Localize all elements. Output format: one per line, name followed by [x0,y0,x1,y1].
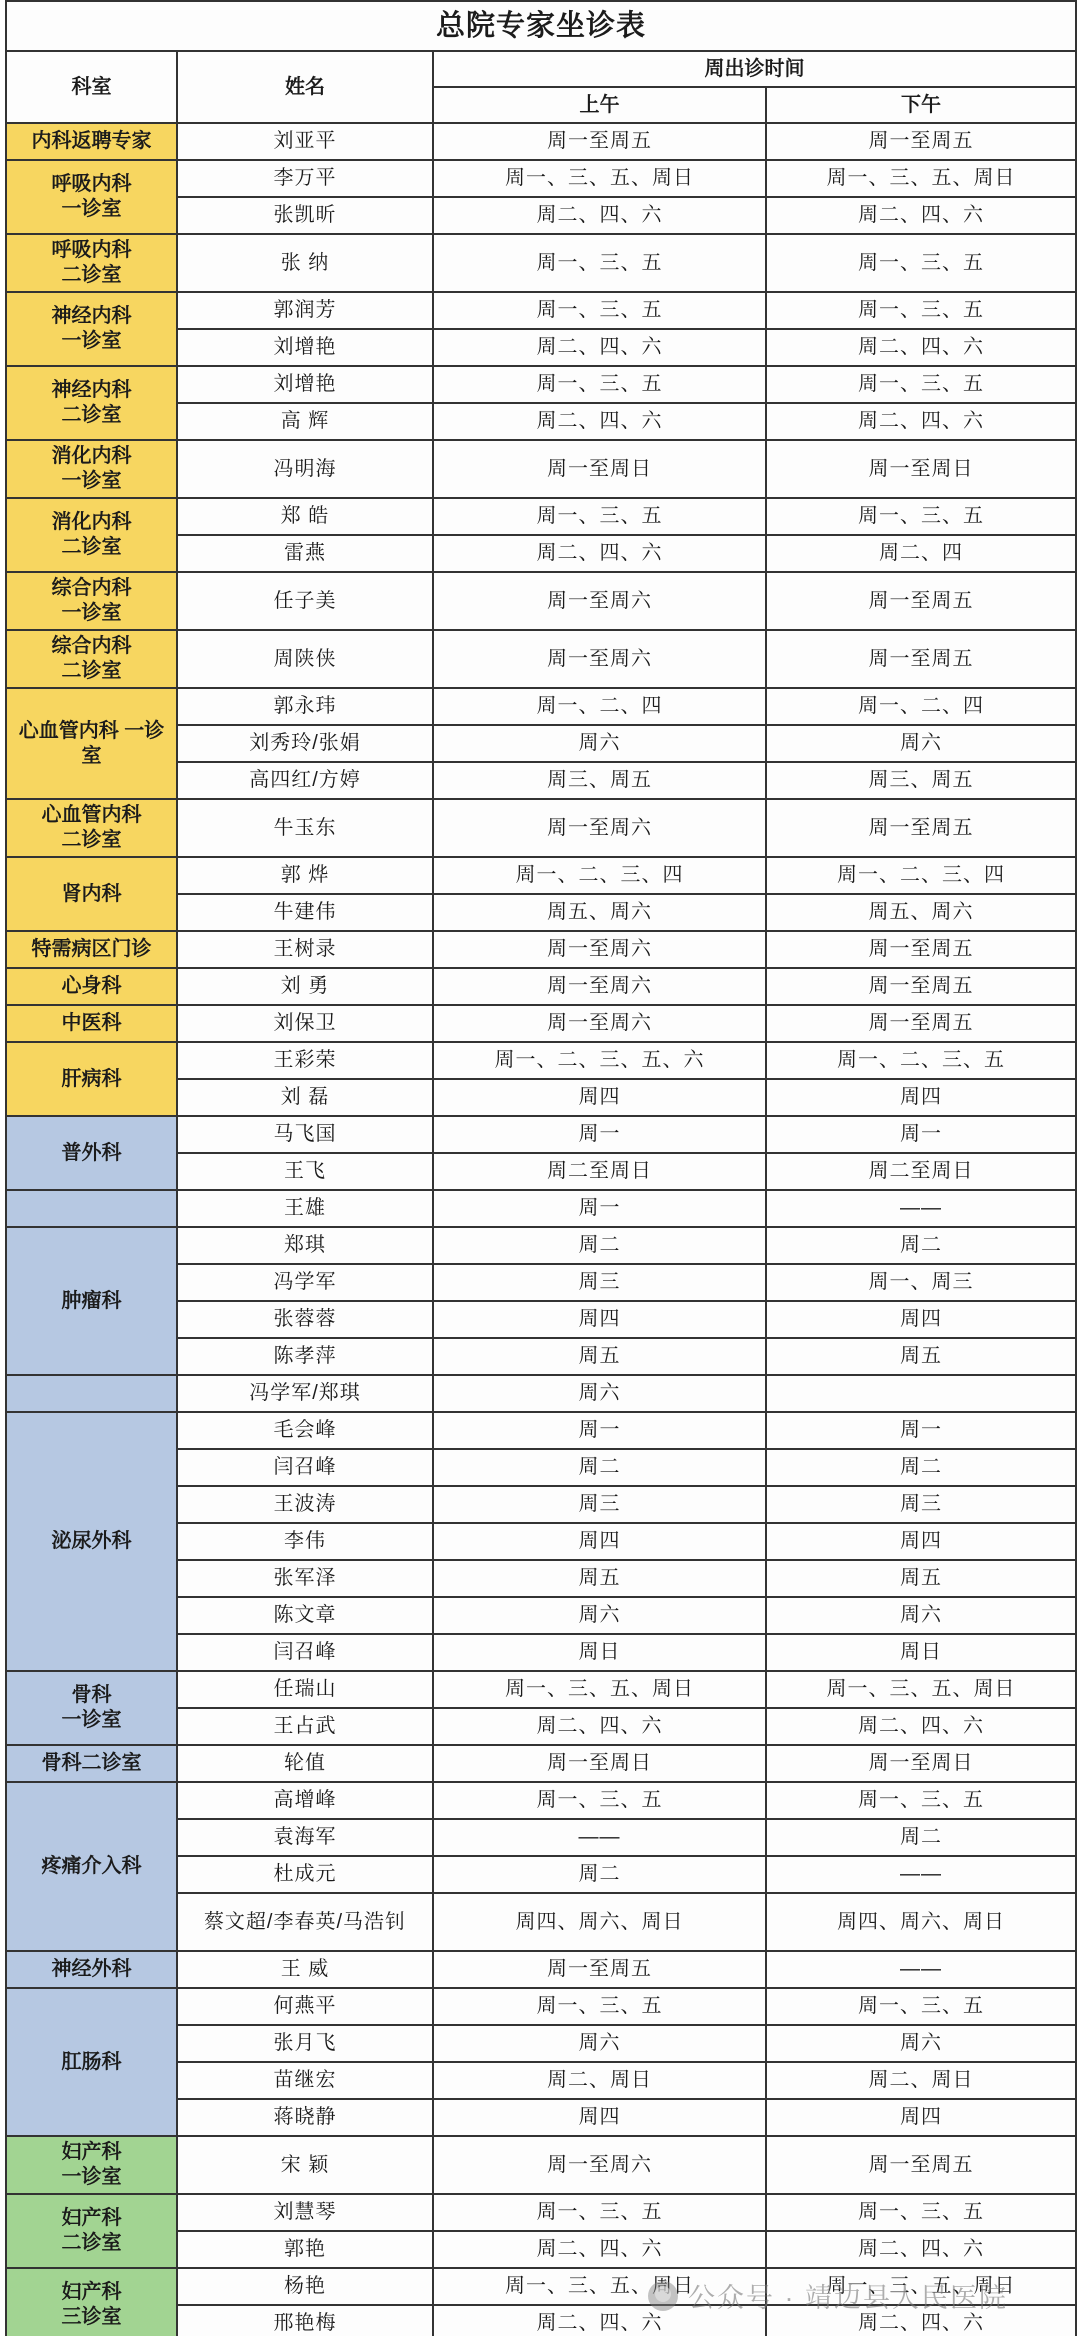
name-cell: 郭 烨 [177,857,433,894]
morning-cell: 周一、三、五 [433,234,766,292]
morning-cell: 周一、三、五、周日 [433,1671,766,1708]
morning-cell: 周六 [433,2025,766,2062]
afternoon-cell: 周一至周五 [766,572,1076,630]
afternoon-cell: 周一、三、五 [766,366,1076,403]
morning-cell: 周五 [433,1560,766,1597]
afternoon-cell: 周一至周五 [766,799,1076,857]
afternoon-cell: 周一、二、三、五 [766,1042,1076,1079]
name-cell: 宋 颖 [177,2136,433,2194]
department-cell: 消化内科 二诊室 [6,498,177,572]
department-cell: 综合内科 一诊室 [6,572,177,630]
morning-cell: 周二 [433,1449,766,1486]
afternoon-cell: 周一、三、五 [766,498,1076,535]
department-cell: 普外科 [6,1116,177,1190]
name-cell: 张 纳 [177,234,433,292]
name-cell: 郭艳 [177,2231,433,2268]
afternoon-cell: 周二 [766,1819,1076,1856]
header-schedule-group: 周出诊时间 [433,51,1076,87]
header-name: 姓名 [177,51,433,123]
afternoon-cell: 周四 [766,2099,1076,2136]
afternoon-cell: 周三、周五 [766,762,1076,799]
morning-cell: 周三、周五 [433,762,766,799]
morning-cell: 周五、周六 [433,894,766,931]
table-row: 内科返聘专家刘亚平周一至周五周一至周五 [6,123,1076,160]
name-cell: 刘 勇 [177,968,433,1005]
afternoon-cell: 周一、周三 [766,1264,1076,1301]
afternoon-cell: 周一、三、五 [766,292,1076,329]
name-cell: 郑琪 [177,1227,433,1264]
morning-cell: 周一、三、五 [433,1782,766,1819]
afternoon-cell: 周二、四 [766,535,1076,572]
morning-cell: 周二、四、六 [433,2231,766,2268]
morning-cell: 周二、四、六 [433,329,766,366]
header-afternoon: 下午 [766,87,1076,123]
department-cell: 妇产科 一诊室 [6,2136,177,2194]
name-cell: 任子美 [177,572,433,630]
name-cell: 邢艳梅 [177,2305,433,2336]
afternoon-cell: 周五、周六 [766,894,1076,931]
name-cell: 冯学军/郑琪 [177,1375,433,1412]
department-cell: 综合内科 二诊室 [6,630,177,688]
name-cell: 袁海军 [177,1819,433,1856]
name-cell: 高增峰 [177,1782,433,1819]
afternoon-cell: —— [766,1856,1076,1893]
department-cell: 神经外科 [6,1951,177,1988]
afternoon-cell: 周二、四、六 [766,197,1076,234]
table-row: 骨科 一诊室任瑞山周一、三、五、周日周一、三、五、周日 [6,1671,1076,1708]
table-row: 中医科刘保卫周一至周六周一至周五 [6,1005,1076,1042]
afternoon-cell: 周六 [766,1597,1076,1634]
afternoon-cell: 周四 [766,1523,1076,1560]
morning-cell: 周一至周日 [433,1745,766,1782]
afternoon-cell: 周二、四、六 [766,403,1076,440]
afternoon-cell: 周一至周日 [766,440,1076,498]
department-cell: 骨科二诊室 [6,1745,177,1782]
header-morning: 上午 [433,87,766,123]
name-cell: 刘亚平 [177,123,433,160]
afternoon-cell: 周一至周五 [766,630,1076,688]
department-cell: 妇产科 三诊室 [6,2268,177,2336]
afternoon-cell: 周一至周五 [766,1005,1076,1042]
name-cell: 苗继宏 [177,2062,433,2099]
morning-cell: 周二 [433,1856,766,1893]
afternoon-cell: 周三 [766,1486,1076,1523]
name-cell: 雷燕 [177,535,433,572]
morning-cell: 周一至周六 [433,1005,766,1042]
name-cell: 轮值 [177,1745,433,1782]
afternoon-cell: 周四、周六、周日 [766,1893,1076,1951]
morning-cell: 周一至周六 [433,799,766,857]
afternoon-cell: 周二、四、六 [766,329,1076,366]
morning-cell: 周一 [433,1116,766,1153]
table-row: 神经外科王 威周一至周五—— [6,1951,1076,1988]
morning-cell: 周一至周六 [433,572,766,630]
table-row: 疼痛介入科高增峰周一、三、五周一、三、五 [6,1782,1076,1819]
afternoon-cell: —— [766,1190,1076,1227]
morning-cell: 周日 [433,1634,766,1671]
afternoon-cell: 周一至周五 [766,2136,1076,2194]
name-cell: 郑 皓 [177,498,433,535]
morning-cell: 周一 [433,1190,766,1227]
department-cell: 心血管内科 一诊 室 [6,688,177,799]
name-cell: 王树录 [177,931,433,968]
afternoon-cell: 周四 [766,1301,1076,1338]
afternoon-cell: 周一、二、三、四 [766,857,1076,894]
page-title: 总院专家坐诊表 [6,1,1076,51]
morning-cell: 周二、四、六 [433,535,766,572]
morning-cell: 周一至周五 [433,1951,766,1988]
afternoon-cell: 周二 [766,1227,1076,1264]
name-cell: 刘秀玲/张娟 [177,725,433,762]
department-cell [6,1190,177,1227]
morning-cell: 周二、四、六 [433,403,766,440]
afternoon-cell: 周一、二、四 [766,688,1076,725]
morning-cell: 周四、周六、周日 [433,1893,766,1951]
afternoon-cell: 周四 [766,1079,1076,1116]
name-cell: 蒋晓静 [177,2099,433,2136]
name-cell: 张月飞 [177,2025,433,2062]
department-cell: 内科返聘专家 [6,123,177,160]
department-cell [6,1375,177,1412]
table-row: 特需病区门诊王树录周一至周六周一至周五 [6,931,1076,968]
morning-cell: 周一、二、三、四 [433,857,766,894]
name-cell: 刘保卫 [177,1005,433,1042]
morning-cell: 周一、三、五 [433,292,766,329]
name-cell: 王彩荣 [177,1042,433,1079]
department-cell: 呼吸内科 一诊室 [6,160,177,234]
department-cell: 泌尿外科 [6,1412,177,1671]
afternoon-cell: 周一 [766,1412,1076,1449]
afternoon-cell: 周二、周日 [766,2062,1076,2099]
morning-cell: 周二至周日 [433,1153,766,1190]
morning-cell: 周二、四、六 [433,197,766,234]
table-row: 妇产科 二诊室刘慧琴周一、三、五周一、三、五 [6,2194,1076,2231]
morning-cell: 周一、三、五、周日 [433,2268,766,2305]
morning-cell: 周四 [433,2099,766,2136]
table-row: 心血管内科 一诊 室郭永玮周一、二、四周一、二、四 [6,688,1076,725]
morning-cell: 周六 [433,725,766,762]
morning-cell: 周二、四、六 [433,1708,766,1745]
morning-cell: 周一至周五 [433,123,766,160]
afternoon-cell: 周二、四、六 [766,1708,1076,1745]
afternoon-cell: 周一、三、五、周日 [766,1671,1076,1708]
table-row: 泌尿外科毛会峰周一周一 [6,1412,1076,1449]
afternoon-cell: 周一、三、五 [766,1988,1076,2025]
schedule-sheet: 总院专家坐诊表 科室 姓名 周出诊时间 上午 下午 内科返聘专家刘亚平周一至周五… [0,0,1080,2336]
table-row: 呼吸内科 一诊室李万平周一、三、五、周日周一、三、五、周日 [6,160,1076,197]
afternoon-cell: 周一、三、五、周日 [766,2268,1076,2305]
department-cell: 中医科 [6,1005,177,1042]
table-row: 肾内科郭 烨周一、二、三、四周一、二、三、四 [6,857,1076,894]
afternoon-cell: 周一、三、五、周日 [766,160,1076,197]
morning-cell: —— [433,1819,766,1856]
name-cell: 冯学军 [177,1264,433,1301]
name-cell: 牛建伟 [177,894,433,931]
morning-cell: 周一至周六 [433,931,766,968]
department-cell: 疼痛介入科 [6,1782,177,1951]
morning-cell: 周一至周六 [433,630,766,688]
morning-cell: 周一、三、五 [433,498,766,535]
morning-cell: 周五 [433,1338,766,1375]
page: { "page": { "title": "总院专家坐诊表" }, "table… [0,0,1080,2336]
table-row: 呼吸内科 二诊室张 纳周一、三、五周一、三、五 [6,234,1076,292]
morning-cell: 周四 [433,1523,766,1560]
afternoon-cell: 周一至周五 [766,968,1076,1005]
name-cell: 刘增艳 [177,329,433,366]
department-cell: 神经内科 一诊室 [6,292,177,366]
name-cell: 李伟 [177,1523,433,1560]
afternoon-cell: 周二、四、六 [766,2231,1076,2268]
morning-cell: 周一、三、五 [433,366,766,403]
name-cell: 刘慧琴 [177,2194,433,2231]
header-row-1: 科室 姓名 周出诊时间 [6,51,1076,87]
table-row: 心身科刘 勇周一至周六周一至周五 [6,968,1076,1005]
morning-cell: 周一、三、五 [433,1988,766,2025]
morning-cell: 周一、二、三、五、六 [433,1042,766,1079]
morning-cell: 周一至周六 [433,2136,766,2194]
table-row: 神经内科 二诊室刘增艳周一、三、五周一、三、五 [6,366,1076,403]
name-cell: 毛会峰 [177,1412,433,1449]
afternoon-cell: 周二 [766,1449,1076,1486]
name-cell: 刘 磊 [177,1079,433,1116]
table-row: 冯学军/郑琪周六 [6,1375,1076,1412]
table-row: 肿瘤科郑琪周二周二 [6,1227,1076,1264]
morning-cell: 周六 [433,1597,766,1634]
table-row: 综合内科 二诊室周陕侠周一至周六周一至周五 [6,630,1076,688]
table-row: 消化内科 二诊室郑 皓周一、三、五周一、三、五 [6,498,1076,535]
table-row: 综合内科 一诊室任子美周一至周六周一至周五 [6,572,1076,630]
afternoon-cell: 周一 [766,1116,1076,1153]
morning-cell: 周二 [433,1227,766,1264]
department-cell: 心血管内科 二诊室 [6,799,177,857]
name-cell: 陈孝萍 [177,1338,433,1375]
afternoon-cell: 周一至周五 [766,123,1076,160]
name-cell: 王波涛 [177,1486,433,1523]
table-row: 消化内科 一诊室冯明海周一至周日周一至周日 [6,440,1076,498]
schedule-table: 总院专家坐诊表 科室 姓名 周出诊时间 上午 下午 内科返聘专家刘亚平周一至周五… [5,0,1077,2336]
department-cell: 肝病科 [6,1042,177,1116]
name-cell: 冯明海 [177,440,433,498]
afternoon-cell: 周一、三、五 [766,1782,1076,1819]
department-cell: 肿瘤科 [6,1227,177,1375]
department-cell: 妇产科 二诊室 [6,2194,177,2268]
name-cell: 任瑞山 [177,1671,433,1708]
name-cell: 牛玉东 [177,799,433,857]
name-cell: 李万平 [177,160,433,197]
afternoon-cell: 周五 [766,1338,1076,1375]
morning-cell: 周六 [433,1375,766,1412]
name-cell: 王雄 [177,1190,433,1227]
department-cell: 肛肠科 [6,1988,177,2136]
department-cell: 特需病区门诊 [6,931,177,968]
header-department: 科室 [6,51,177,123]
name-cell: 陈文章 [177,1597,433,1634]
afternoon-cell: 周六 [766,2025,1076,2062]
morning-cell: 周三 [433,1486,766,1523]
name-cell: 张凯昕 [177,197,433,234]
afternoon-cell: 周二、四、六 [766,2305,1076,2336]
name-cell: 刘增艳 [177,366,433,403]
table-row: 心血管内科 二诊室牛玉东周一至周六周一至周五 [6,799,1076,857]
morning-cell: 周二、周日 [433,2062,766,2099]
table-row: 普外科马飞国周一周一 [6,1116,1076,1153]
name-cell: 高 辉 [177,403,433,440]
morning-cell: 周一、二、四 [433,688,766,725]
name-cell: 周陕侠 [177,630,433,688]
afternoon-cell: 周一至周日 [766,1745,1076,1782]
afternoon-cell: 周一至周五 [766,931,1076,968]
table-row: 肝病科王彩荣周一、二、三、五、六周一、二、三、五 [6,1042,1076,1079]
afternoon-cell [766,1375,1076,1412]
name-cell: 王 威 [177,1951,433,1988]
name-cell: 何燕平 [177,1988,433,2025]
morning-cell: 周一至周六 [433,968,766,1005]
morning-cell: 周一、三、五、周日 [433,160,766,197]
name-cell: 蔡文超/李春英/马浩钊 [177,1893,433,1951]
table-row: 肛肠科何燕平周一、三、五周一、三、五 [6,1988,1076,2025]
department-cell: 神经内科 二诊室 [6,366,177,440]
name-cell: 张军泽 [177,1560,433,1597]
name-cell: 王飞 [177,1153,433,1190]
morning-cell: 周四 [433,1079,766,1116]
name-cell: 杜成元 [177,1856,433,1893]
name-cell: 杨艳 [177,2268,433,2305]
afternoon-cell: 周六 [766,725,1076,762]
name-cell: 高四红/方婷 [177,762,433,799]
name-cell: 郭永玮 [177,688,433,725]
morning-cell: 周一至周日 [433,440,766,498]
name-cell: 马飞国 [177,1116,433,1153]
afternoon-cell: —— [766,1951,1076,1988]
title-row: 总院专家坐诊表 [6,1,1076,51]
name-cell: 闫召峰 [177,1449,433,1486]
department-cell: 呼吸内科 二诊室 [6,234,177,292]
afternoon-cell: 周二至周日 [766,1153,1076,1190]
name-cell: 闫召峰 [177,1634,433,1671]
department-cell: 心身科 [6,968,177,1005]
afternoon-cell: 周五 [766,1560,1076,1597]
morning-cell: 周二、四、六 [433,2305,766,2336]
afternoon-cell: 周日 [766,1634,1076,1671]
table-row: 神经内科 一诊室郭润芳周一、三、五周一、三、五 [6,292,1076,329]
department-cell: 消化内科 一诊室 [6,440,177,498]
afternoon-cell: 周一、三、五 [766,234,1076,292]
table-row: 妇产科 一诊室宋 颖周一至周六周一至周五 [6,2136,1076,2194]
table-row: 妇产科 三诊室杨艳周一、三、五、周日周一、三、五、周日 [6,2268,1076,2305]
morning-cell: 周一 [433,1412,766,1449]
table-row: 王雄周一—— [6,1190,1076,1227]
morning-cell: 周一、三、五 [433,2194,766,2231]
department-cell: 肾内科 [6,857,177,931]
morning-cell: 周四 [433,1301,766,1338]
name-cell: 张蓉蓉 [177,1301,433,1338]
name-cell: 郭润芳 [177,292,433,329]
afternoon-cell: 周一、三、五 [766,2194,1076,2231]
department-cell: 骨科 一诊室 [6,1671,177,1745]
table-row: 骨科二诊室轮值周一至周日周一至周日 [6,1745,1076,1782]
morning-cell: 周三 [433,1264,766,1301]
schedule-table-body: 内科返聘专家刘亚平周一至周五周一至周五呼吸内科 一诊室李万平周一、三、五、周日周… [6,123,1076,2336]
name-cell: 王占武 [177,1708,433,1745]
